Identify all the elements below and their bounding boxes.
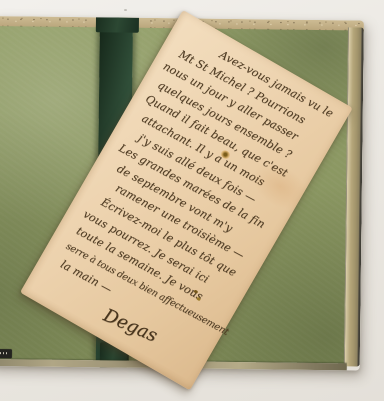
dust-speck [124,9,127,11]
photo-backdrop: Avez-vous jamais vu le Mt St Michel ? Po… [0,0,384,401]
book-spine-tab-top [96,17,139,33]
book-fore-edge [344,27,364,366]
inventory-sticker [0,349,12,358]
